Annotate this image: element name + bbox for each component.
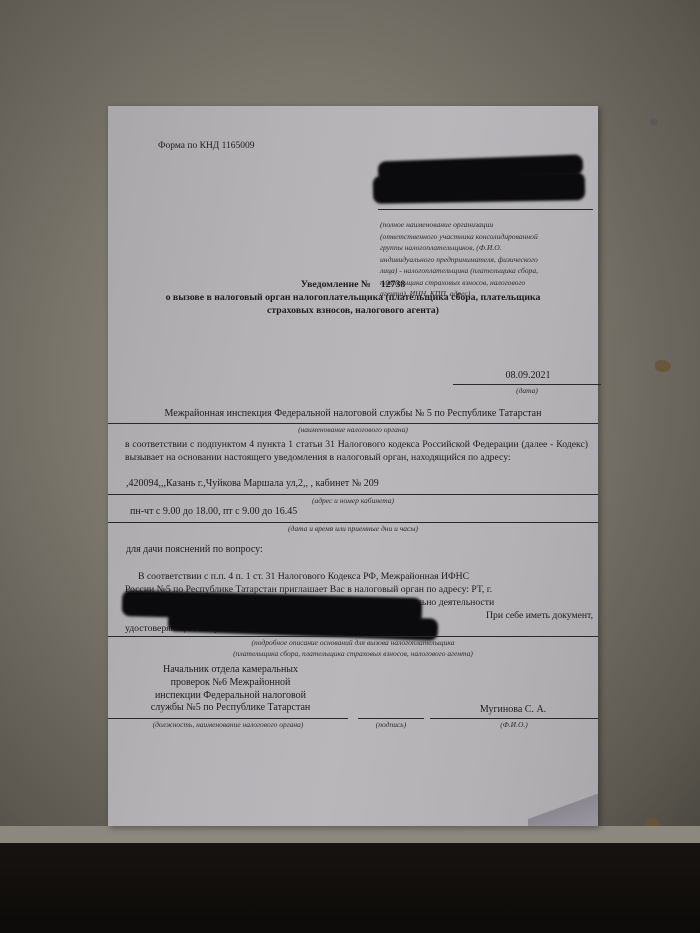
notice-number: 12738 [381,279,406,290]
purpose-label: для дачи пояснений по вопросу: [126,544,526,555]
form-code: Форма по КНД 1165009 [158,141,255,151]
notice-title: Уведомление №12738 [108,278,598,291]
notice-label: Уведомление № [301,279,371,290]
signature-caption: (подпись) [358,720,424,729]
office-address: ,420094,,,Казань г.,Чуйкова Маршала ул,2… [126,478,566,489]
reason-line-4: При себе иметь документ, [438,610,593,623]
reason-line-1: В соответствии с п.п. 4 п. 1 ст. 31 Нало… [138,571,590,584]
signature-line [358,718,424,719]
position-line: Начальник отдела камеральных [108,664,353,677]
intro-paragraph: в соответствии с подпунктом 4 пункта 1 с… [125,439,588,465]
signatory-position: Начальник отдела камеральных проверок №6… [108,664,353,715]
name-caption: (Ф.И.О.) [430,720,598,729]
hours-line [108,522,598,523]
address-line [108,494,598,495]
caption-line: (ответственного участника консолидирован… [380,231,595,243]
reason-line [108,636,598,637]
tax-authority-caption: (наименование налогового органа) [108,425,598,434]
paper-curl [528,786,598,826]
address-caption: (адрес и номер кабинета) [108,496,598,505]
caption-line: индивидуального предпринимателя, физичес… [380,254,595,266]
position-line: проверок №6 Межрайонной [108,677,353,690]
caption-line: группы налогоплательщиков, (Ф.И.О. [380,242,595,254]
date-caption: (дата) [453,386,601,395]
tax-authority-line [108,423,598,424]
wall-stain [655,360,671,372]
caption-line: лица) - налогоплательщика (плательщика с… [380,265,595,277]
reason-caption-2: (плательщика сбора, плательщика страховы… [108,649,598,658]
signatory-name: Мугинова С. А. [428,704,598,717]
hours-caption: (дата и время или приемные дни и часы) [108,524,598,533]
caption-line: (полное наименование организации [380,219,595,231]
notice-subtitle: о вызове в налоговый орган налогоплатель… [148,291,558,317]
date-line [453,384,601,385]
position-line: службы №5 по Республике Татарстан [108,702,353,715]
tax-authority-name: Межрайонная инспекция Федеральной налого… [108,408,598,419]
position-line-rule [108,718,348,719]
notice-date: 08.09.2021 [453,370,603,381]
reason-caption-1: (подробное описание оснований для вызова… [108,638,598,647]
wall-pin [650,118,658,126]
tax-notice-document: Форма по КНД 1165009 (полное наименовани… [108,106,598,826]
addressee-line [378,209,593,210]
name-line [430,718,598,719]
floor [0,843,700,933]
position-line: инспекции Федеральной налоговой [108,690,353,703]
position-caption: (должность, наименование налогового орга… [108,720,348,729]
reception-hours: пн-чт с 9.00 до 18.00, пт с 9.00 до 16.4… [130,506,570,517]
redacted-addressee [373,172,585,204]
